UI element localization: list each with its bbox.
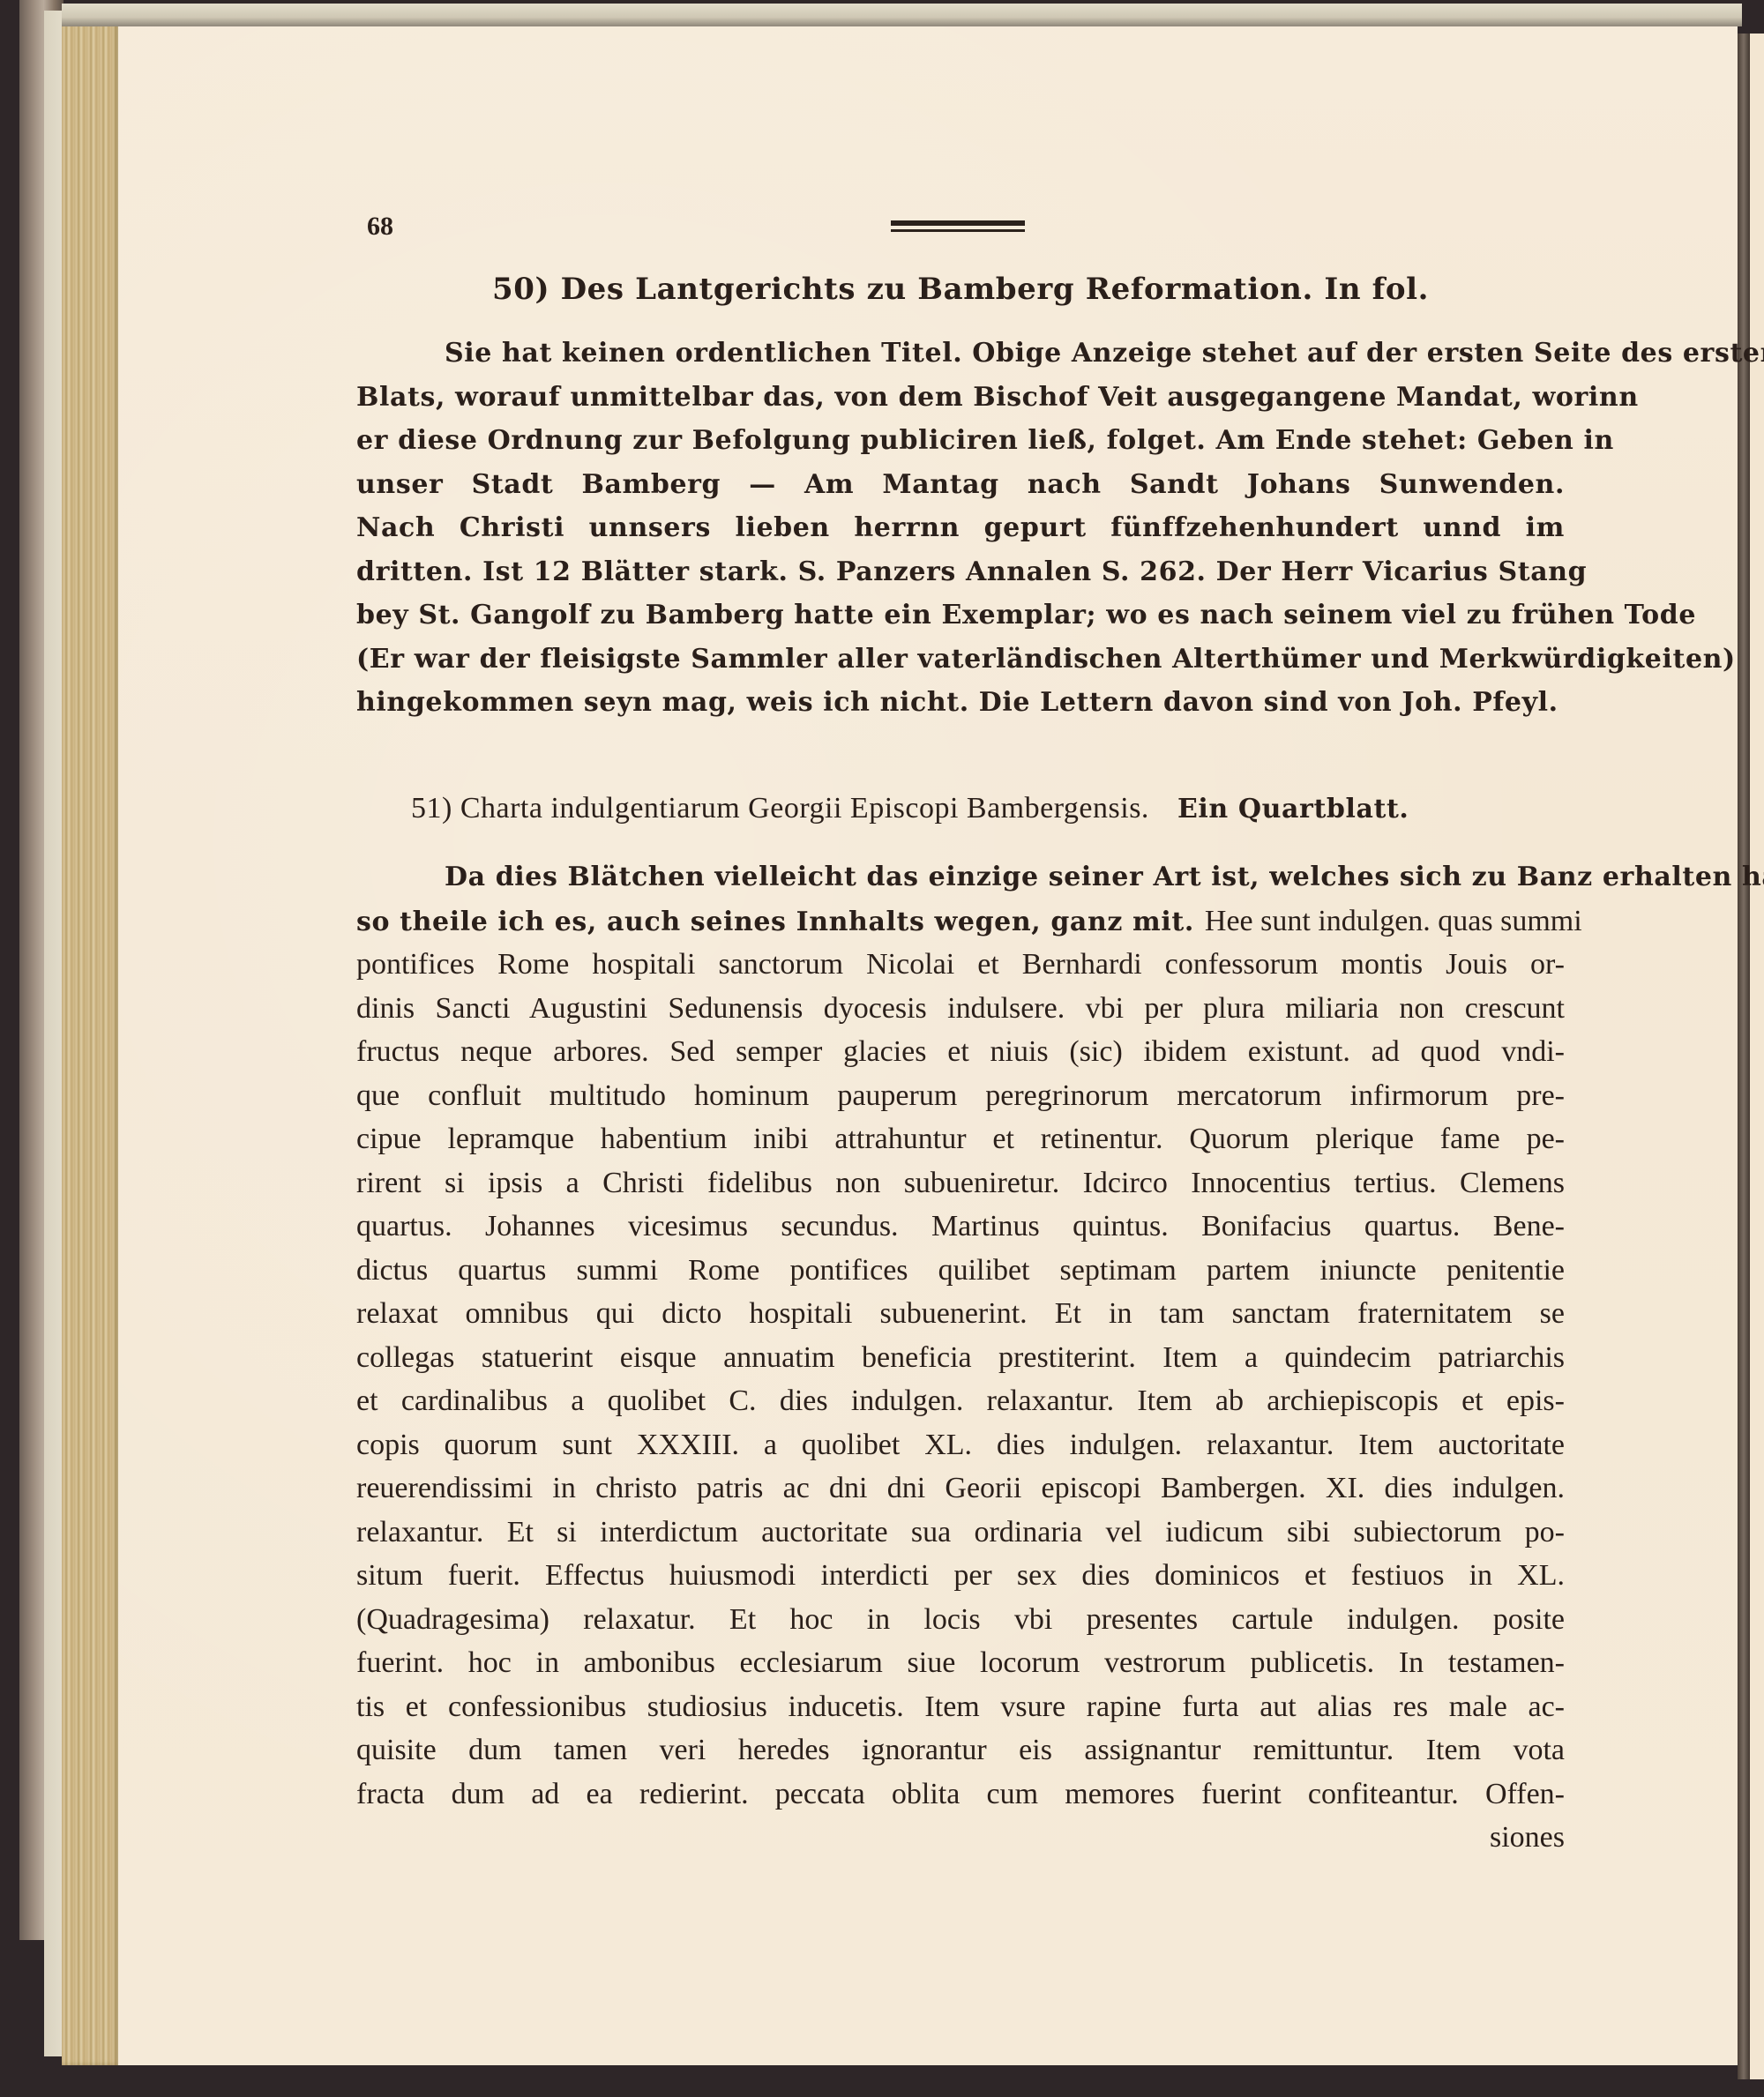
text-line: collegas statuerint eisque annuatim bene… [356,1336,1565,1380]
text-line: Blats, worauf unmittelbar das, von dem B… [356,376,1565,420]
text-line: reuerendissimi in christo patris ac dni … [356,1466,1565,1511]
section-51-title: 51) Charta indulgentiarum Georgii Episco… [356,787,1409,826]
text-german-part: so theile ich es, auch seines Innhalts w… [356,907,1194,937]
section-51-paragraph: Da dies Blätchen vielleicht das einzige … [356,855,1565,1860]
text-line: tis et confessionibus studiosius inducet… [356,1685,1565,1729]
text-line: Nach Christi unnsers lieben herrnn gepur… [356,506,1565,550]
text-line: bey St. Gangolf zu Bamberg hatte ein Exe… [356,593,1565,638]
text-line: (Quadragesima) relaxatur. Et hoc in loci… [356,1598,1565,1642]
text-line: pontifices Rome hospitali sanctorum Nico… [356,943,1565,987]
text-line: unser Stadt Bamberg — Am Mantag nach San… [356,463,1565,507]
text-line: relaxat omnibus qui dicto hospitali subu… [356,1292,1565,1336]
text-line: que confluit multitudo hominum pauperum … [356,1074,1565,1118]
section-51-title-german: Ein Quartblatt. [1177,794,1409,825]
text-line: dictus quartus summi Rome pontifices qui… [356,1249,1565,1293]
section-50-title: 50) Des Lantgerichts zu Bamberg Reformat… [356,272,1565,307]
text-line: dritten. Ist 12 Blätter stark. S. Panzer… [356,550,1565,594]
page-number: 68 [367,212,393,242]
text-line: fracta dum ad ea redierint. peccata obli… [356,1772,1565,1817]
text-line: situm fuerit. Effectus huiusmodi interdi… [356,1554,1565,1598]
text-line: hingekommen seyn mag, weis ich nicht. Di… [356,681,1565,725]
text-line: cipue lepramque habentium inibi attrahun… [356,1117,1565,1161]
text-line: Da dies Blätchen vielleicht das einzige … [356,855,1565,899]
catchword: siones [356,1816,1565,1860]
text-line: Sie hat keinen ordentlichen Titel. Obige… [356,332,1565,376]
text-line: et cardinalibus a quolibet C. dies indul… [356,1379,1565,1423]
header-rule-ornament [891,220,1025,232]
text-line: relaxantur. Et si interdictum auctoritat… [356,1511,1565,1555]
text-line-mixed: so theile ich es, auch seines Innhalts w… [356,899,1565,944]
text-line: er diese Ordnung zur Befolgung publicire… [356,419,1565,463]
text-line: fuerint. hoc in ambonibus ecclesiarum si… [356,1641,1565,1685]
page-stack-edge [62,18,120,2065]
text-line: (Er war der fleisigste Sammler aller vat… [356,638,1565,682]
text-line: quartus. Johannes vicesimus secundus. Ma… [356,1205,1565,1249]
text-line: rirent si ipsis a Christi fidelibus non … [356,1161,1565,1205]
text-line: quisite dum tamen veri heredes ignorantu… [356,1728,1565,1772]
text-line: copis quorum sunt XXXIII. a quolibet XL.… [356,1423,1565,1467]
rule-thick-line [891,220,1025,226]
rule-thin-line [891,229,1025,232]
section-50-paragraph: Sie hat keinen ordentlichen Titel. Obige… [356,332,1565,725]
section-51-title-latin: 51) Charta indulgentiarum Georgii Episco… [411,792,1149,825]
text-line: fructus neque arbores. Sed semper glacie… [356,1030,1565,1074]
text-latin-part: Hee sunt indulgen. quas summi [1205,905,1582,937]
text-line: dinis Sancti Augustini Sedunensis dyoces… [356,987,1565,1031]
book-top-edge [62,4,1742,26]
